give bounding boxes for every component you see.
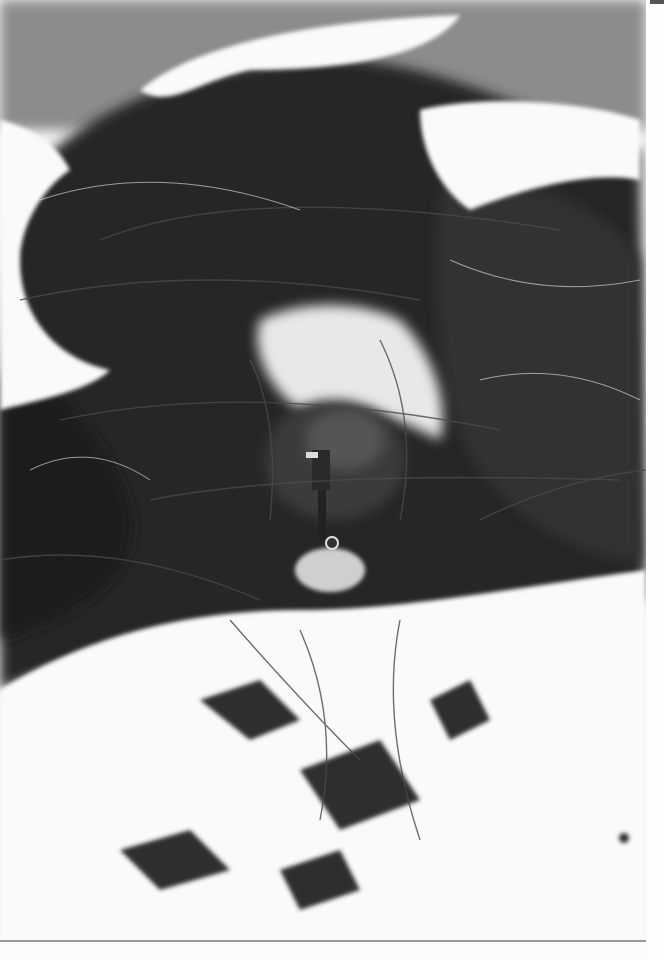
corner-mark xyxy=(650,0,664,4)
print-bottom-edge xyxy=(0,940,646,942)
photo-print-area xyxy=(0,0,646,940)
photograph xyxy=(0,0,664,960)
scene-illustration xyxy=(0,0,646,940)
print-right-margin xyxy=(646,0,664,960)
